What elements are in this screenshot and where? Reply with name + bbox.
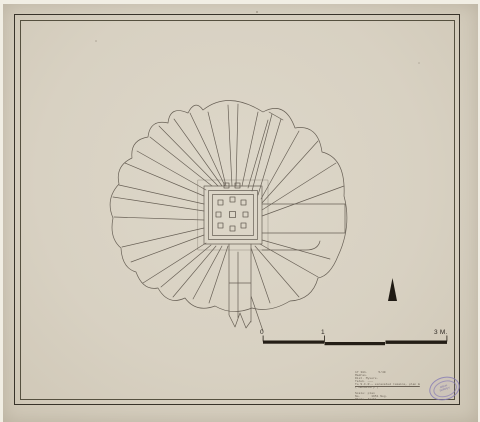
excavation-plan-drawing <box>0 0 480 422</box>
plan-lower-causeway <box>229 244 263 331</box>
caption-line: Photo. Archl. <box>355 398 431 401</box>
scanned-drawing-sheet: 0 1 3 M. 17 381. 5/49 Madras. Dist. Myso… <box>0 0 480 422</box>
plan-outer-scalloped-outline <box>110 100 347 311</box>
scale-label-0: 0 <box>260 329 264 336</box>
scale-label-1: 1 <box>321 329 325 336</box>
caption-block: 17 381. 5/49 Madras. Dist. Mysore. Taluk… <box>355 371 431 401</box>
plan-central-chamber <box>204 186 262 244</box>
plan-right-extension <box>262 204 345 250</box>
ink-stamp-inner-ring <box>431 377 459 399</box>
north-arrow-icon <box>388 278 397 301</box>
scale-label-3m: 3 M. <box>434 329 447 336</box>
plan-radial-walls <box>113 104 344 303</box>
caption-line: ( monastery ) <box>355 386 431 389</box>
scale-bar <box>263 336 448 346</box>
